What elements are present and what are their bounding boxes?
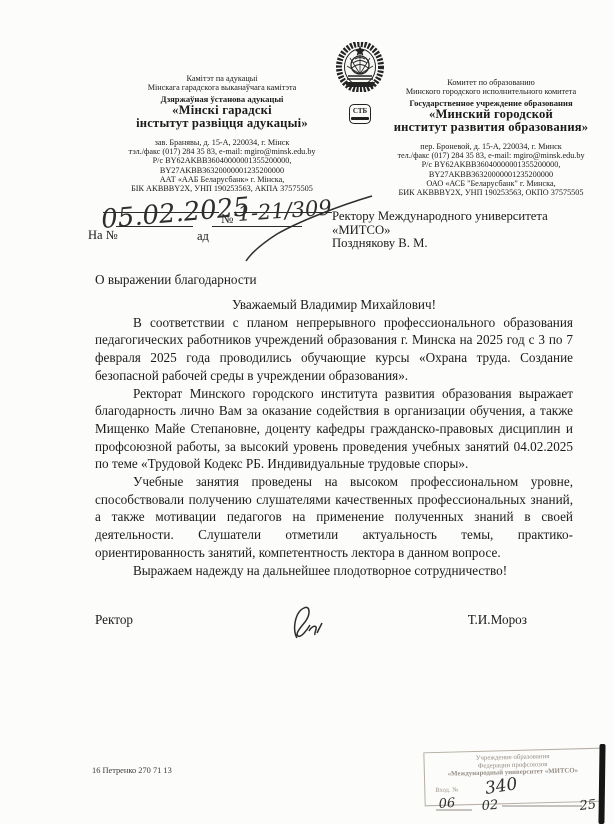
letterhead-russian: Комитет по образованию Минского городско… (372, 78, 610, 198)
stamp-date-month: 02 (481, 798, 499, 814)
stamp-handwriting: 340 06 02 25 (424, 744, 614, 824)
signer-name: Т.И.Мороз (468, 612, 527, 628)
letterhead-line: Комитет по образованию (372, 78, 610, 87)
letterhead-account: Р/с BY62AKBB36040000001355200000, (84, 156, 360, 165)
stamp-date-lines (436, 806, 582, 810)
org-name: «Минский городской (372, 108, 610, 122)
letterhead-belarusian: Камітэт па адукацыі Мінскага гарадскога … (84, 74, 360, 194)
scanned-letter-page: Камітэт па адукацыі Мінскага гарадскога … (0, 0, 614, 824)
letterhead-account: Р/с BY62AKBB36040000001355200000, (372, 160, 610, 169)
org-name: «Мінскі гарадскі (84, 104, 360, 118)
stb-certification-icon: СТБ (349, 104, 371, 124)
handwritten-number: 1-21/309 (237, 195, 333, 226)
letterhead-line: Минского городского исполнительного коми… (372, 87, 610, 96)
letterhead-ids: БИК AKBBBY2X, УНП 190253563, ОКПО 375755… (372, 188, 610, 197)
letterhead-line: Камітэт па адукацыі (84, 74, 360, 83)
letterhead-bank: ААТ «ААБ Беларусбанк» г. Мінска, (84, 175, 360, 184)
paragraph-3: Учебные занятия проведены на высоком про… (95, 473, 573, 562)
org-name: інстытут развіцця адукацыі» (84, 117, 360, 131)
scan-edge-artifact (598, 744, 605, 824)
executor-note: 16 Петренко 270 71 13 (92, 766, 172, 775)
addressee-line: Позднякову В. М. (332, 237, 604, 251)
letterhead-account: BY27AKBB36320000001235200000 (372, 170, 610, 179)
handwritten-signature (283, 598, 335, 650)
subject-line: О выражении благодарности (95, 272, 257, 288)
paragraph-2: Ректорат Минского городского института р… (95, 385, 573, 474)
letterhead-account: BY27AKBB36320000001235200000 (84, 166, 360, 175)
letterhead-address: зав. Бранявы, д. 15-А, 220034, г. Мінск (84, 138, 360, 147)
org-name: институт развития образования» (372, 121, 610, 135)
paragraph-4: Выражаем надежду на дальнейшее плодотвор… (95, 562, 573, 580)
paragraph-1: В соответствии с планом непрерывного про… (95, 314, 573, 385)
letterhead-bank: ОАО «АСБ "Беларусбанк" г. Минска, (372, 179, 610, 188)
stamp-incoming-number: 340 (484, 774, 519, 799)
letter-body: Уважаемый Владимир Михайлович! В соответ… (95, 296, 573, 579)
addressee-line: Ректору Международного университета (332, 210, 604, 224)
letterhead-address: пер. Броневой, д. 15-А, 220034, г. Минск (372, 142, 610, 151)
letterhead-contact: тел./факс (017) 284 35 83, e-mail: mgiro… (372, 151, 610, 160)
signer-position: Ректор (95, 612, 133, 628)
handwritten-date: 05.02.2025 (100, 192, 251, 235)
addressee-block: Ректору Международного университета «МИТ… (332, 210, 604, 251)
addressee-line: «МИТСО» (332, 224, 604, 238)
salutation: Уважаемый Владимир Михайлович! (95, 296, 573, 314)
letterhead-contact: тэл./факс (017) 284 35 83, e-mail: mgiro… (84, 147, 360, 156)
stb-bar (351, 117, 369, 120)
stb-label: СТБ (350, 105, 370, 117)
letterhead-line: Мінскага гарадскога выканаўчага камітэта (84, 83, 360, 92)
coat-of-arms-icon (336, 42, 384, 92)
